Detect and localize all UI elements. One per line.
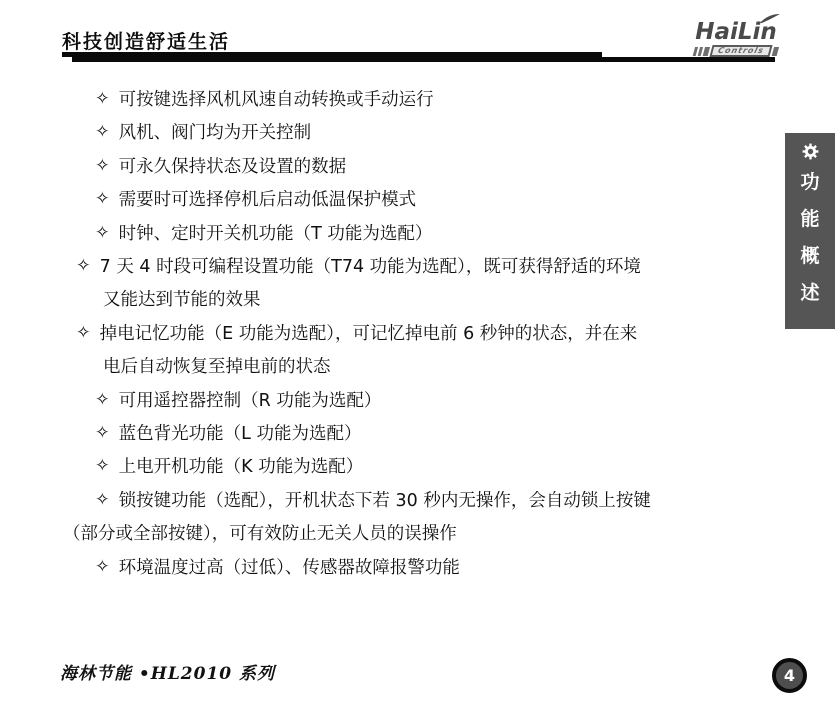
diamond-bullet-icon: ✧ [95, 384, 110, 417]
feature-item: ✧可按键选择风机风速自动转换或手动运行 [95, 84, 778, 117]
feature-item: ✧掉电记忆功能（E 功能为选配），可记忆掉电前 6 秒钟的状态，并在来 [76, 318, 778, 351]
feature-list: ✧可按键选择风机风速自动转换或手动运行✧风机、阀门均为开关控制✧可永久保持状态及… [63, 84, 778, 585]
page-number-badge: 4 [772, 658, 807, 693]
diamond-bullet-icon: ✧ [95, 83, 110, 116]
feature-text: 需要时可选择停机后启动低温保护模式 [119, 190, 417, 210]
diamond-bullet-icon: ✧ [95, 217, 110, 250]
feature-item-continuation: 又能达到节能的效果 [103, 284, 778, 317]
logo-controls-banner: Controls [692, 45, 779, 57]
feature-item-continuation: 电后自动恢复至掉电前的状态 [103, 351, 778, 384]
feature-text: （部分或全部按键），可有效防止无关人员的误操作 [63, 524, 457, 544]
chapter-tab-function-overview: 功能概述 [785, 133, 835, 329]
feature-item: ✧可永久保持状态及设置的数据 [95, 151, 778, 184]
feature-text: 可用遥控器控制（R 功能为选配） [119, 391, 382, 411]
diamond-bullet-icon: ✧ [95, 484, 110, 517]
feature-item: ✧7 天 4 时段可编程设置功能（T74 功能为选配），既可获得舒适的环境 [76, 251, 778, 284]
feature-text: 风机、阀门均为开关控制 [119, 123, 312, 143]
page-slogan: 科技创造舒适生活 [62, 27, 230, 54]
chapter-tab-char: 能 [800, 201, 819, 238]
logo-controls-box: Controls [709, 45, 772, 57]
diamond-bullet-icon: ✧ [95, 551, 110, 584]
feature-text: 蓝色背光功能（L 功能为选配） [119, 424, 362, 444]
feature-item: ✧可用遥控器控制（R 功能为选配） [95, 385, 778, 418]
header-rule-lower [72, 57, 775, 62]
chapter-tab-char: 述 [800, 275, 819, 312]
feature-item: ✧环境温度过高（过低）、传感器故障报警功能 [95, 552, 778, 585]
feature-text: 掉电记忆功能（E 功能为选配），可记忆掉电前 6 秒钟的状态，并在来 [100, 324, 638, 344]
chapter-tab-char: 功 [800, 164, 819, 201]
diamond-bullet-icon: ✧ [76, 250, 91, 283]
page-number: 4 [784, 666, 795, 685]
chapter-tab-char: 概 [800, 238, 819, 275]
feature-item: ✧风机、阀门均为开关控制 [95, 117, 778, 150]
diamond-bullet-icon: ✧ [95, 116, 110, 149]
feature-item: ✧上电开机功能（K 功能为选配） [95, 451, 778, 484]
diamond-bullet-icon: ✧ [95, 417, 110, 450]
feature-item: ✧需要时可选择停机后启动低温保护模式 [95, 184, 778, 217]
feature-text: 可按键选择风机风速自动转换或手动运行 [119, 90, 434, 110]
logo-wordmark: HaiLin [695, 20, 777, 44]
leaf-icon [759, 13, 781, 24]
gear-icon [801, 142, 820, 161]
banner-stripe-icon [772, 47, 779, 56]
diamond-bullet-icon: ✧ [76, 317, 91, 350]
feature-item: ✧锁按键功能（选配），开机状态下若 30 秒内无操作，会自动锁上按键 [95, 485, 778, 518]
diamond-bullet-icon: ✧ [95, 183, 110, 216]
hailin-logo: HaiLin Controls [686, 20, 786, 57]
feature-text: 环境温度过高（过低）、传感器故障报警功能 [119, 558, 460, 578]
feature-item: ✧时钟、定时开关机功能（T 功能为选配） [95, 218, 778, 251]
feature-text: 电后自动恢复至掉电前的状态 [103, 357, 331, 377]
logo-controls-text: Controls [717, 47, 765, 55]
feature-text: 上电开机功能（K 功能为选配） [119, 457, 364, 477]
feature-item: ✧蓝色背光功能（L 功能为选配） [95, 418, 778, 451]
footer-series-label: 海林节能 •HL2010 系列 [60, 659, 275, 684]
feature-text: 可永久保持状态及设置的数据 [119, 157, 347, 177]
feature-text: 时钟、定时开关机功能（T 功能为选配） [119, 224, 433, 244]
feature-text: 又能达到节能的效果 [103, 290, 261, 310]
feature-text: 锁按键功能（选配），开机状态下若 30 秒内无操作，会自动锁上按键 [119, 491, 651, 511]
feature-text: 7 天 4 时段可编程设置功能（T74 功能为选配），既可获得舒适的环境 [100, 257, 641, 277]
diamond-bullet-icon: ✧ [95, 450, 110, 483]
feature-item-continuation: （部分或全部按键），可有效防止无关人员的误操作 [63, 518, 778, 551]
diamond-bullet-icon: ✧ [95, 150, 110, 183]
